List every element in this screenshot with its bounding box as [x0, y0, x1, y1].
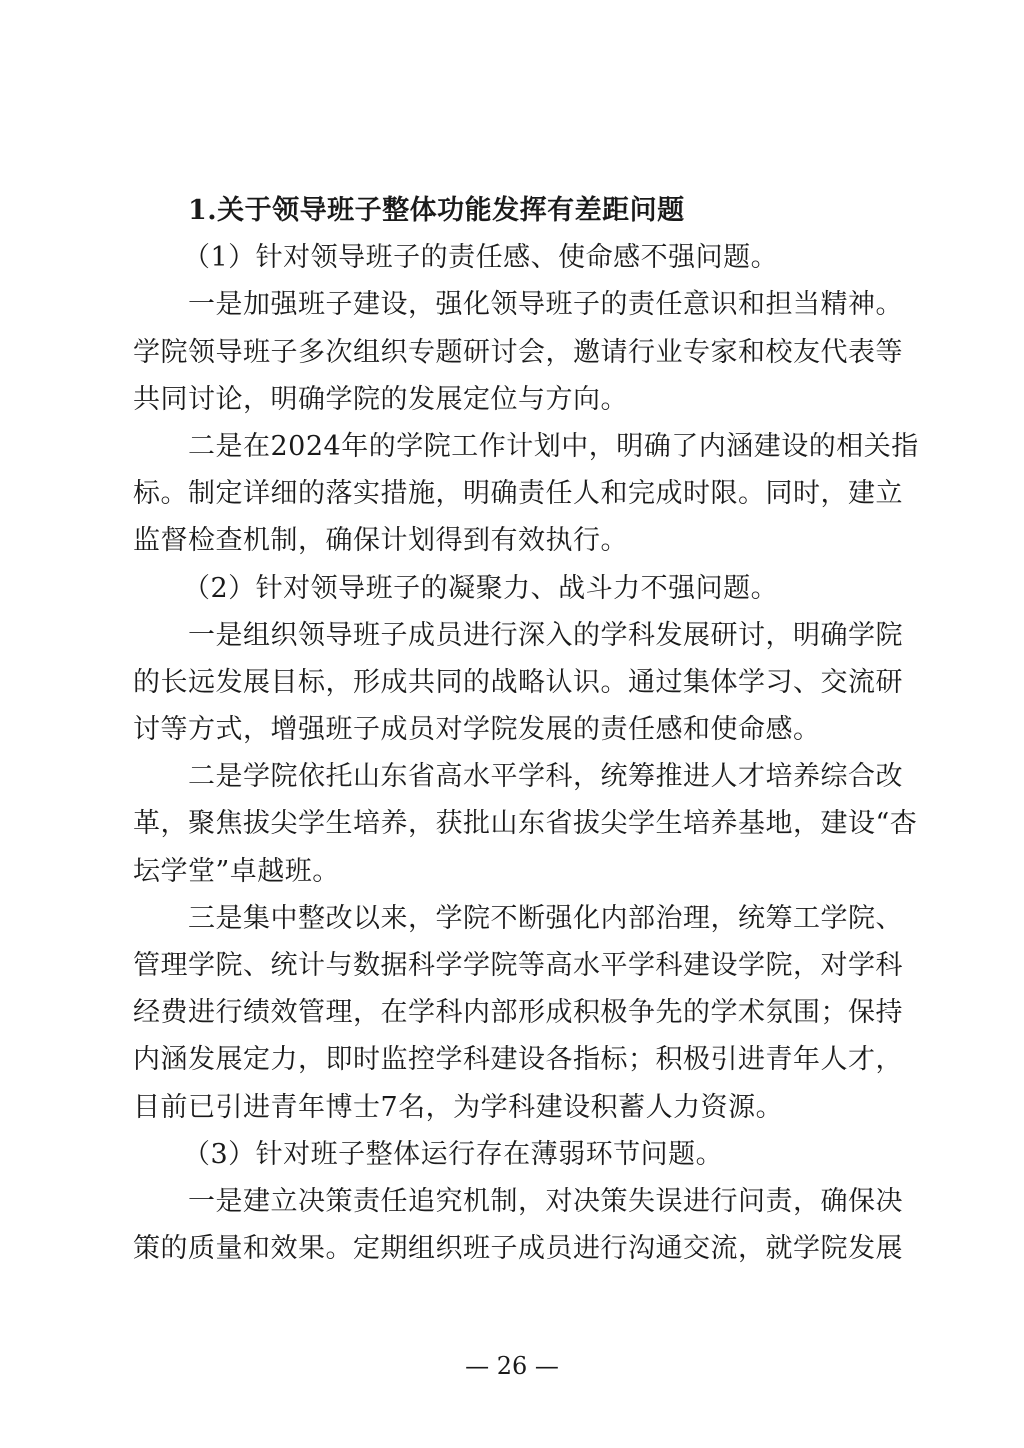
paragraph-line: 坛学堂”卓越班。: [133, 848, 895, 895]
paragraph-line: 学院领导班子多次组织专题研讨会，邀请行业专家和校友代表等: [133, 329, 895, 376]
subsection-title-3: （3）针对班子整体运行存在薄弱环节问题。: [133, 1131, 895, 1178]
paragraph-line: 一是组织领导班子成员进行深入的学科发展研讨，明确学院: [133, 612, 895, 659]
subsection-title-2: （2）针对领导班子的凝聚力、战斗力不强问题。: [133, 565, 895, 612]
paragraph-line: 经费进行绩效管理，在学科内部形成积极争先的学术氛围；保持: [133, 989, 895, 1036]
paragraph-line: 讨等方式，增强班子成员对学院发展的责任感和使命感。: [133, 706, 895, 753]
paragraph-line: 策的质量和效果。定期组织班子成员进行沟通交流，就学院发展: [133, 1225, 895, 1272]
paragraph-line: 一是建立决策责任追究机制，对决策失误进行问责，确保决: [133, 1178, 895, 1225]
document-body: 1.关于领导班子整体功能发挥有差距问题 （1）针对领导班子的责任感、使命感不强问…: [133, 187, 895, 1272]
paragraph-line: 三是集中整改以来，学院不断强化内部治理，统筹工学院、: [133, 895, 895, 942]
paragraph-line: 标。制定详细的落实措施，明确责任人和完成时限。同时，建立: [133, 470, 895, 517]
paragraph-line: 监督检查机制，确保计划得到有效执行。: [133, 517, 895, 564]
paragraph-line: 目前已引进青年博士7名，为学科建设积蓄人力资源。: [133, 1084, 895, 1131]
paragraph-line: 二是在2024年的学院工作计划中，明确了内涵建设的相关指: [133, 423, 895, 470]
subsection-title-1: （1）针对领导班子的责任感、使命感不强问题。: [133, 234, 895, 281]
page-number: — 26 —: [0, 1352, 1024, 1380]
paragraph-line: 管理学院、统计与数据科学学院等高水平学科建设学院，对学科: [133, 942, 895, 989]
section-heading: 1.关于领导班子整体功能发挥有差距问题: [133, 187, 895, 234]
paragraph-line: 内涵发展定力，即时监控学科建设各指标；积极引进青年人才，: [133, 1036, 895, 1083]
paragraph-line: 一是加强班子建设，强化领导班子的责任意识和担当精神。: [133, 281, 895, 328]
paragraph-line: 二是学院依托山东省高水平学科，统筹推进人才培养综合改: [133, 753, 895, 800]
document-page: 1.关于领导班子整体功能发挥有差距问题 （1）针对领导班子的责任感、使命感不强问…: [0, 0, 1024, 1448]
paragraph-line: 共同讨论，明确学院的发展定位与方向。: [133, 376, 895, 423]
paragraph-line: 的长远发展目标，形成共同的战略认识。通过集体学习、交流研: [133, 659, 895, 706]
paragraph-line: 革，聚焦拔尖学生培养，获批山东省拔尖学生培养基地，建设“杏: [133, 800, 895, 847]
